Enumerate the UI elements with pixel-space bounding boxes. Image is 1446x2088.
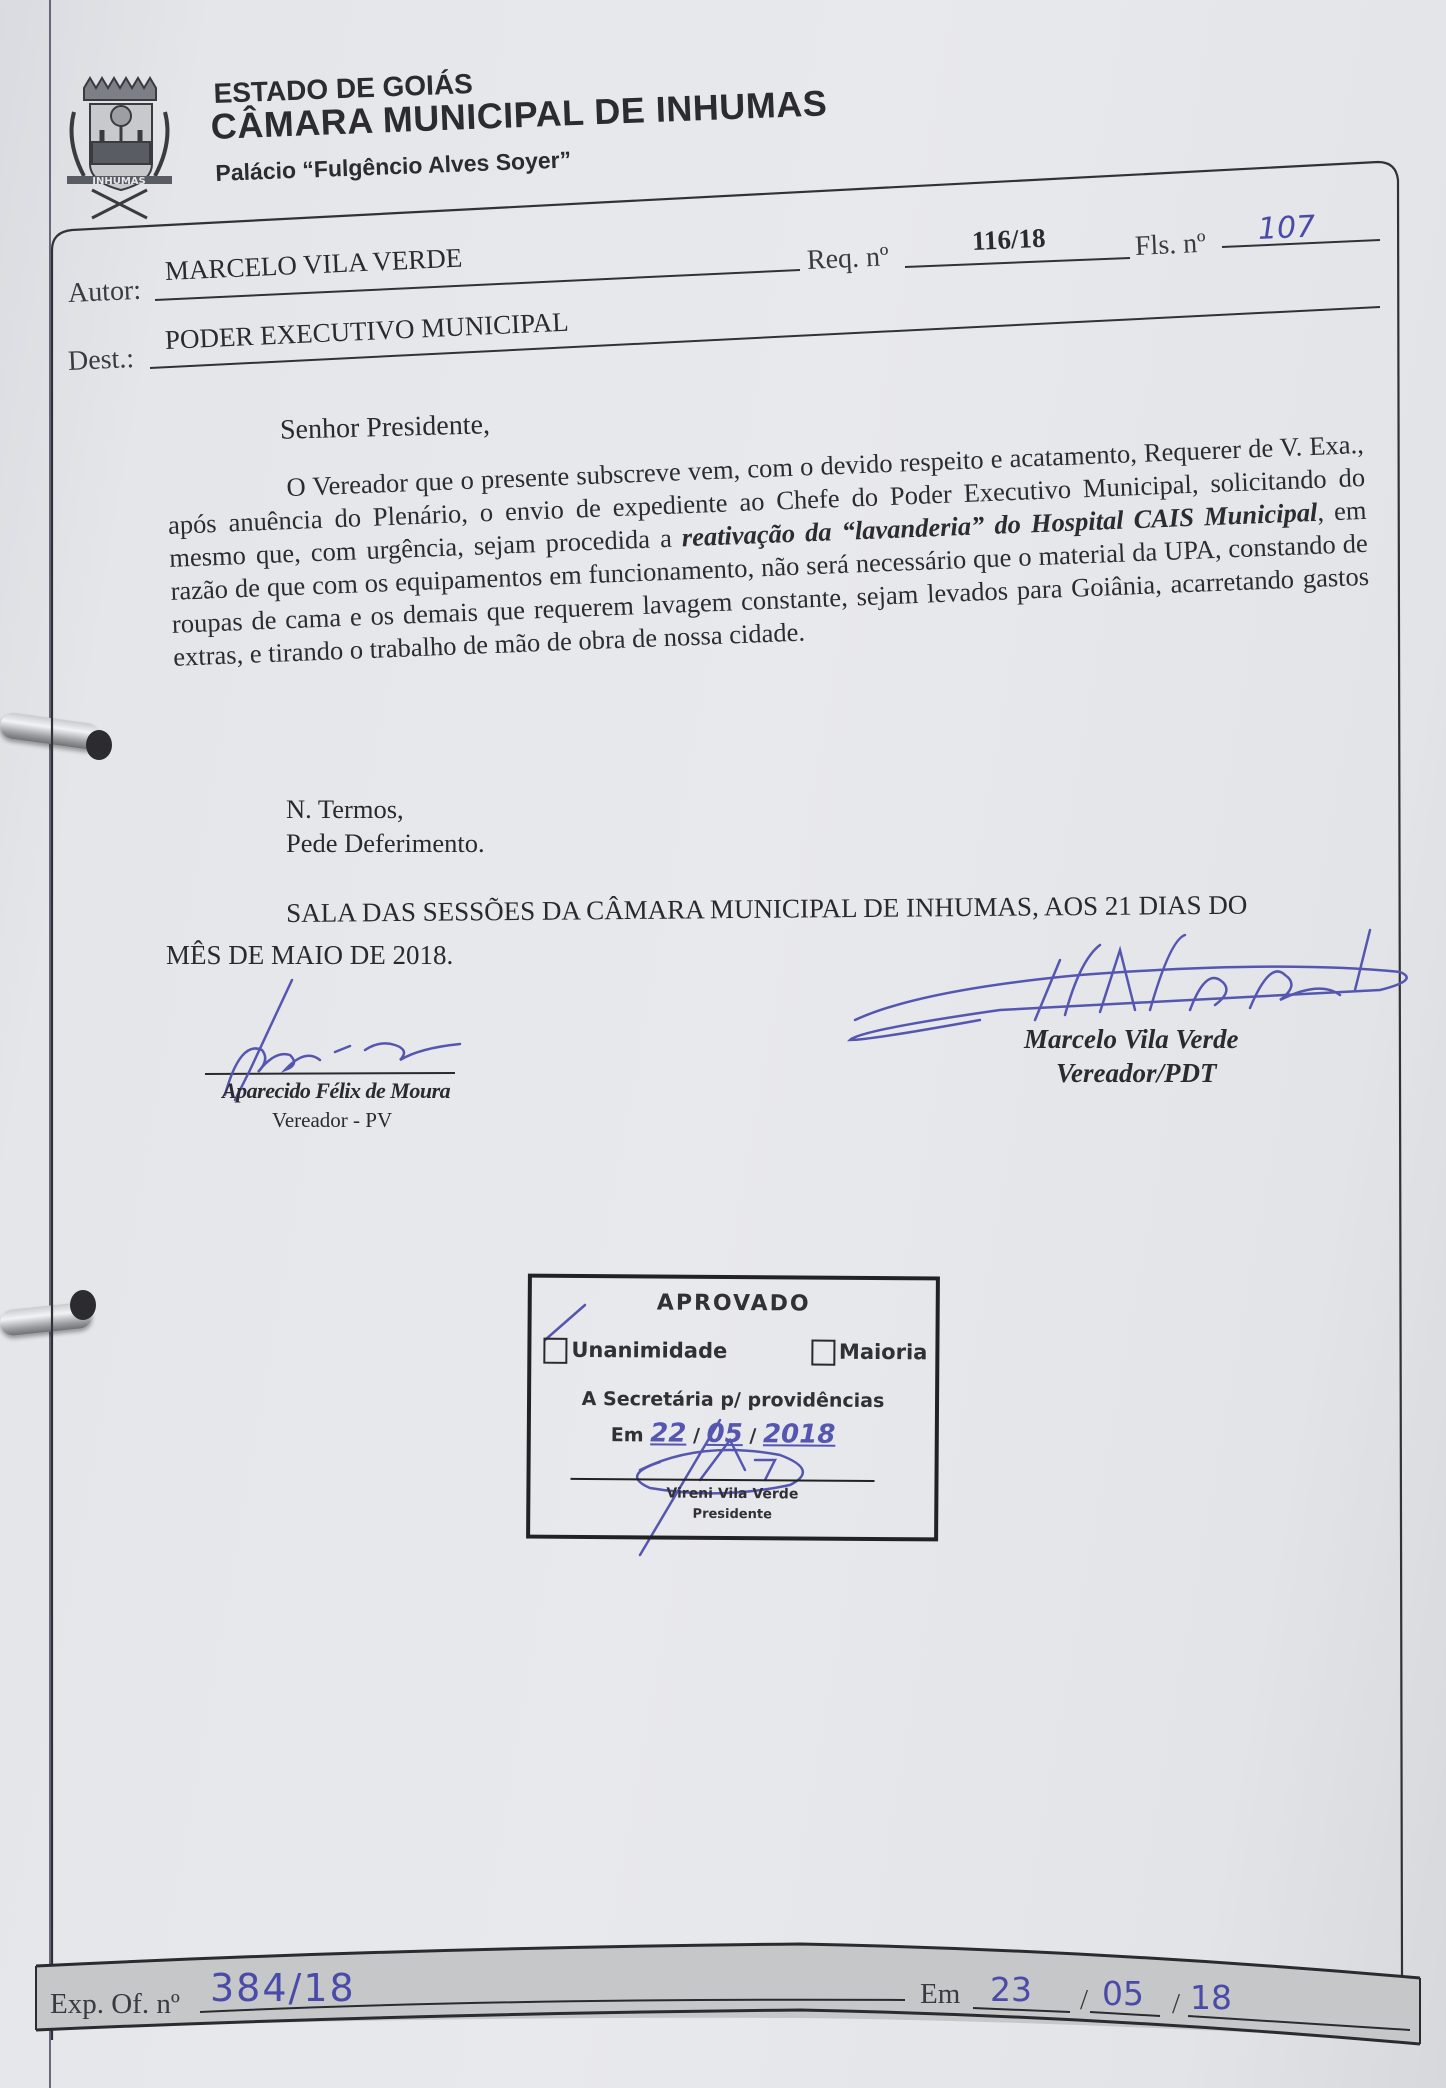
letter-body: O Vereador que o presente subscreve vem,… <box>166 428 1371 674</box>
exp-label: Exp. Of. nº <box>50 1988 180 2021</box>
stamp-signer-role: Presidente <box>530 1506 934 1524</box>
closing-line-2: Pede Deferimento. <box>286 828 485 859</box>
stamp-date-year: 2018 <box>763 1419 836 1450</box>
req-value: 116/18 <box>971 223 1046 257</box>
coat-of-arms-icon: INHUMAS <box>52 70 187 220</box>
salutation: Senhor Presidente, <box>280 409 491 446</box>
approval-stamp: APROVADO Unanimidade Maioria A Secretári… <box>526 1274 940 1542</box>
palace-name: Palácio “Fulgêncio Alves Soyer” <box>215 146 572 187</box>
signature-1-role: Vereador - PV <box>272 1108 392 1133</box>
author-label: Autor: <box>67 275 141 310</box>
footer-date-day: 23 <box>990 1970 1032 2009</box>
signature-2-name: Marcelo Vila Verde <box>1024 1024 1239 1055</box>
req-label: Req. nº <box>806 241 889 277</box>
closing-line-1: N. Termos, <box>286 794 404 825</box>
stamp-signature-line <box>570 1478 874 1482</box>
place-date-line-1: SALA DAS SESSÕES DA CÂMARA MUNICIPAL DE … <box>286 890 1247 929</box>
exp-value: 384/18 <box>210 1966 356 2010</box>
footer-date-month: 05 <box>1102 1974 1144 2013</box>
stamp-date-label: Em <box>611 1424 644 1446</box>
unanimity-checkbox-checked-icon <box>543 1338 567 1364</box>
signature-1-name: Aparecido Félix de Moura <box>222 1078 450 1104</box>
fls-value: 107 <box>1257 209 1316 247</box>
place-date-line-2: MÊS DE MAIO DE 2018. <box>166 940 453 971</box>
footer-date-year: 18 <box>1190 1978 1232 2017</box>
stamp-date-day: 22 <box>650 1418 686 1448</box>
stamp-instruction: A Secretária p/ providências <box>531 1388 935 1413</box>
author-value: MARCELO VILA VERDE <box>164 243 463 287</box>
option-unanimity-label: Unanimidade <box>571 1338 727 1363</box>
binder-hole-bottom <box>70 1290 96 1320</box>
option-majority: Maioria <box>811 1340 928 1367</box>
majority-checkbox-icon <box>811 1340 835 1366</box>
signature-2-role: Vereador/PDT <box>1056 1058 1216 1089</box>
stamp-date: Em 22 / 05 / 2018 <box>611 1418 836 1450</box>
page-edge <box>49 0 51 2088</box>
stamp-signer: Vireni Vila Verde <box>530 1485 934 1504</box>
stamp-date-month: 05 <box>707 1419 743 1449</box>
binder-hole-top <box>86 730 112 760</box>
footer-date-label: Em <box>920 1978 960 2011</box>
option-unanimity: Unanimidade <box>543 1338 727 1365</box>
dest-value: PODER EXECUTIVO MUNICIPAL <box>164 307 569 356</box>
dest-label: Dest.: <box>67 343 134 378</box>
stamp-title: APROVADO <box>532 1290 936 1318</box>
svg-text:INHUMAS: INHUMAS <box>92 176 145 187</box>
fls-label: Fls. nº <box>1134 228 1206 263</box>
option-majority-label: Maioria <box>839 1340 928 1365</box>
